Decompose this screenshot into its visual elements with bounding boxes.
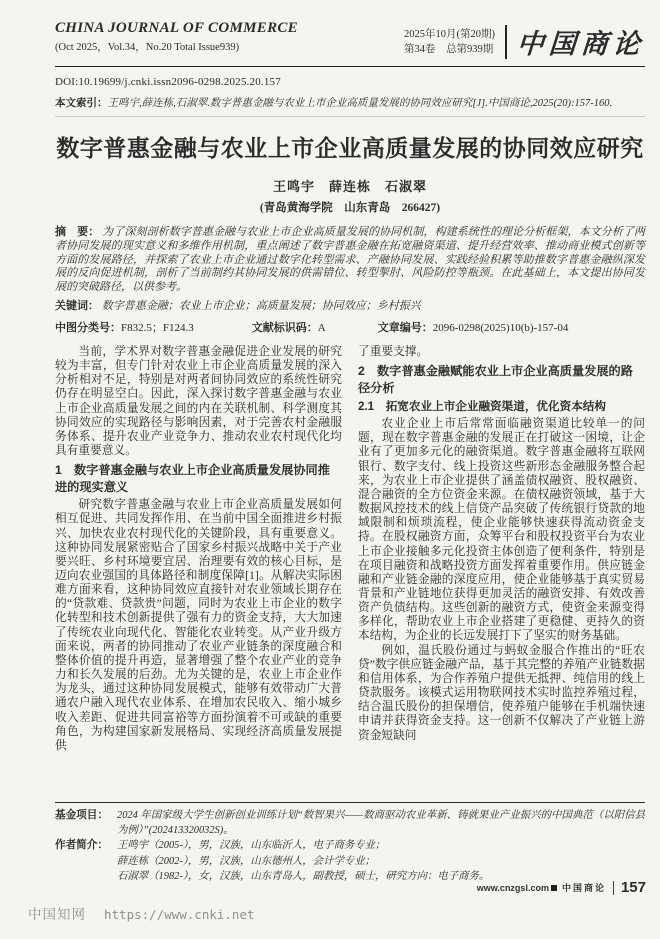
article-id-label: 文章编号： bbox=[378, 322, 433, 334]
journal-header-chinese: 2025年10月(第20期) 第34卷 总第939期 中国商论 bbox=[404, 22, 645, 61]
section-heading-1: 1 数字普惠金融与农业上市企业高质量发展协同推进的现实意义 bbox=[55, 462, 342, 495]
doc-code-value: A bbox=[318, 322, 326, 334]
footer-journal-name: 中国商论 bbox=[562, 881, 606, 894]
article-affiliation: (青岛黄海学院 山东青岛 266427) bbox=[55, 199, 645, 215]
abstract-label: 摘 要： bbox=[55, 226, 99, 238]
body-columns: 当前，学术界对数字普惠金融促进企业发展的研究较为丰富，但专门针对农业上市企业高质… bbox=[55, 345, 645, 797]
journal-logo: 中国商论 bbox=[516, 22, 647, 61]
left-column: 当前，学术界对数字普惠金融促进企业发展的研究较为丰富，但专门针对农业上市企业高质… bbox=[55, 345, 342, 797]
journal-header: CHINA JOURNAL OF COMMERCE (Oct 2025，Vol.… bbox=[55, 20, 645, 61]
page-number: 157 bbox=[621, 879, 646, 896]
journal-website: www.cnzgsl.com bbox=[477, 883, 549, 893]
clc-segment: 中图分类号：F832.5；F124.3 bbox=[55, 319, 194, 335]
paragraph-continuation: 了重要支撑。 bbox=[358, 345, 645, 359]
right-column: 了重要支撑。 2 数字普惠金融赋能农业上市企业高质量发展的路径分析 2.1 拓宽… bbox=[358, 345, 645, 797]
cnki-url: https://www.cnki.net bbox=[104, 907, 255, 922]
paragraph: 农业企业上市后常常面临融资渠道比较单一的问题，现在数字普惠金融的发展正在打破这一… bbox=[358, 417, 645, 644]
classification-row: 中图分类号：F832.5；F124.3 文献标识码：A 文章编号：2096-02… bbox=[55, 319, 645, 335]
header-rule bbox=[55, 66, 645, 67]
abstract-block: 摘 要： 为了深刻剖析数字普惠金融与农业上市企业高质量发展的协同机制，构建系统性… bbox=[55, 226, 645, 295]
article-title: 数字普惠金融与农业上市企业高质量发展的协同效应研究 bbox=[55, 130, 645, 163]
author-bio-label: 作者简介： bbox=[55, 838, 117, 884]
abstract-text: 为了深刻剖析数字普惠金融与农业上市企业高质量发展的协同机制，构建系统性的理论分析… bbox=[55, 226, 645, 293]
fund-project-text: 2024 年国家级大学生创新创业训练计划“数智果兴——数商驱动农业革新、铸就果业… bbox=[117, 808, 645, 838]
keywords-text: 数字普惠金融；农业上市企业；高质量发展；协同效应；乡村振兴 bbox=[102, 300, 421, 312]
journal-page: CHINA JOURNAL OF COMMERCE (Oct 2025，Vol.… bbox=[0, 0, 660, 884]
journal-header-english: CHINA JOURNAL OF COMMERCE (Oct 2025，Vol.… bbox=[55, 20, 298, 54]
clc-value: F832.5；F124.3 bbox=[121, 322, 194, 334]
author-bio-line: 薛连栋（2002-），男，汉族，山东德州人，会计学专业； bbox=[117, 854, 645, 869]
article-id-value: 2096-0298(2025)10(b)-157-04 bbox=[433, 322, 569, 334]
meta-rule bbox=[55, 116, 645, 117]
citation-index-text: 王鸣宇,薛连栋,石淑翠.数字普惠金融与农业上市企业高质量发展的协同效应研究[J]… bbox=[108, 95, 613, 110]
issue-date-line: 2025年10月(第20期) bbox=[404, 27, 495, 42]
doc-code-label: 文献标识码： bbox=[252, 322, 318, 334]
journal-issue-chinese: 2025年10月(第20期) 第34卷 总第939期 bbox=[404, 27, 505, 57]
clc-label: 中图分类号： bbox=[55, 322, 121, 334]
keywords-row: 关键词： 数字普惠金融；农业上市企业；高质量发展；协同效应；乡村振兴 bbox=[55, 297, 645, 313]
doi-line: DOI:10.19699/j.cnki.issn2096-0298.2025.2… bbox=[55, 76, 645, 88]
paragraph: 研究数字普惠金融与农业上市企业高质量发展如何相互促进、共同发挥作用、在当前中国全… bbox=[55, 498, 342, 753]
cnki-name: 中国知网 bbox=[28, 903, 86, 923]
journal-name-english: CHINA JOURNAL OF COMMERCE bbox=[55, 20, 298, 37]
footnote-rule bbox=[55, 802, 645, 803]
footer-divider bbox=[613, 881, 614, 895]
subsection-heading-2-1: 2.1 拓宽农业上市企业融资渠道，优化资本结构 bbox=[358, 399, 645, 414]
citation-index-label: 本文索引： bbox=[55, 95, 108, 110]
doc-code-segment: 文献标识码：A bbox=[252, 319, 326, 335]
footnote-block: 基金项目： 2024 年国家级大学生创新创业训练计划“数智果兴——数商驱动农业革… bbox=[55, 808, 645, 884]
paragraph: 当前，学术界对数字普惠金融促进企业发展的研究较为丰富，但专门针对农业上市企业高质… bbox=[55, 345, 342, 458]
fund-project-label: 基金项目： bbox=[55, 808, 117, 838]
cnki-watermark: 中国知网 https://www.cnki.net bbox=[28, 903, 255, 923]
keywords-label: 关键词： bbox=[55, 300, 99, 312]
author-bio-line: 王鸣宇（2005-），男，汉族，山东临沂人，电子商务专业； bbox=[117, 838, 645, 853]
citation-index-row: 本文索引： 王鸣宇,薛连栋,石淑翠.数字普惠金融与农业上市企业高质量发展的协同效… bbox=[55, 95, 645, 110]
paragraph: 例如，温氏股份通过与蚂蚁金服合作推出的“旺农贷”数字供应链金融产品，基于其完整的… bbox=[358, 644, 645, 743]
author-bio-text: 王鸣宇（2005-），男，汉族，山东临沂人，电子商务专业； 薛连栋（2002-）… bbox=[117, 838, 645, 884]
article-authors: 王鸣宇 薛连栋 石淑翠 bbox=[55, 176, 645, 195]
journal-issue-english: (Oct 2025，Vol.34，No.20 Total Issue939) bbox=[55, 39, 298, 54]
fund-project-row: 基金项目： 2024 年国家级大学生创新创业训练计划“数智果兴——数商驱动农业革… bbox=[55, 808, 645, 838]
article-id-segment: 文章编号：2096-0298(2025)10(b)-157-04 bbox=[378, 319, 569, 335]
section-heading-2: 2 数字普惠金融赋能农业上市企业高质量发展的路径分析 bbox=[358, 363, 645, 396]
issue-volume-line: 第34卷 总第939期 bbox=[404, 42, 495, 57]
author-bio-row: 作者简介： 王鸣宇（2005-），男，汉族，山东临沂人，电子商务专业； 薛连栋（… bbox=[55, 838, 645, 884]
header-divider bbox=[505, 25, 507, 59]
square-bullet-icon bbox=[551, 885, 557, 891]
page-footer: www.cnzgsl.com 中国商论 157 bbox=[477, 879, 646, 896]
